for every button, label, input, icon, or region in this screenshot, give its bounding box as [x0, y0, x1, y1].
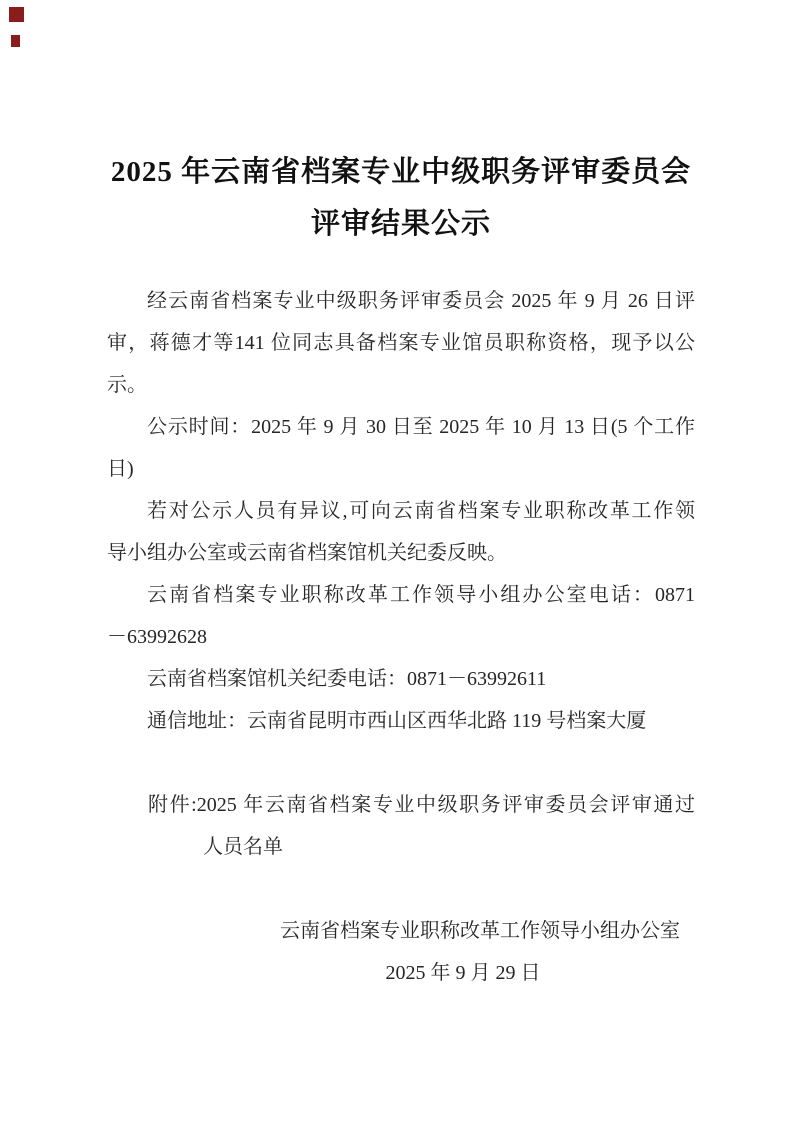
body-text-line: 公示时间：2025 年 9 月 30 日至 2025 年 10 月 13 日(5…	[107, 406, 695, 448]
body-text-line: 审，蒋德才等141 位同志具备档案专业馆员职称资格，现予以公	[107, 322, 695, 364]
body-text-line: 示。	[107, 364, 695, 406]
body-text-line: 若对公示人员有异议,可向云南省档案专业职称改革工作领	[107, 490, 695, 532]
scan-mark-icon	[9, 7, 24, 22]
document-title-line-1: 2025 年云南省档案专业中级职务评审委员会	[107, 146, 695, 198]
body-text-line: 经云南省档案专业中级职务评审委员会 2025 年 9 月 26 日评	[107, 280, 695, 322]
scan-mark-icon	[11, 35, 20, 47]
phone-number-line: －63992628	[107, 616, 695, 658]
phone-number-line: 云南省档案馆机关纪委电话：0871－63992611	[107, 658, 695, 700]
signature-date: 2025 年 9 月 29 日	[107, 952, 695, 994]
document-title: 2025 年云南省档案专业中级职务评审委员会 评审结果公示	[107, 146, 695, 250]
document-page: 2025 年云南省档案专业中级职务评审委员会 评审结果公示 经云南省档案专业中级…	[0, 0, 793, 1122]
document-body: 经云南省档案专业中级职务评审委员会 2025 年 9 月 26 日评 审，蒋德才…	[107, 280, 695, 994]
signature-office: 云南省档案专业职称改革工作领导小组办公室	[107, 910, 695, 952]
attachment-line-2: 人员名单	[107, 826, 695, 868]
blank-line	[107, 868, 695, 910]
address-line: 通信地址：云南省昆明市西山区西华北路 119 号档案大厦	[107, 700, 695, 742]
attachment-line-1: 附件:2025 年云南省档案专业中级职务评审委员会评审通过	[107, 784, 695, 826]
body-text-line: 云南省档案专业职称改革工作领导小组办公室电话：0871	[107, 574, 695, 616]
blank-line	[107, 742, 695, 784]
body-text-line: 日)	[107, 448, 695, 490]
body-text-line: 导小组办公室或云南省档案馆机关纪委反映。	[107, 532, 695, 574]
document-title-line-2: 评审结果公示	[107, 198, 695, 250]
